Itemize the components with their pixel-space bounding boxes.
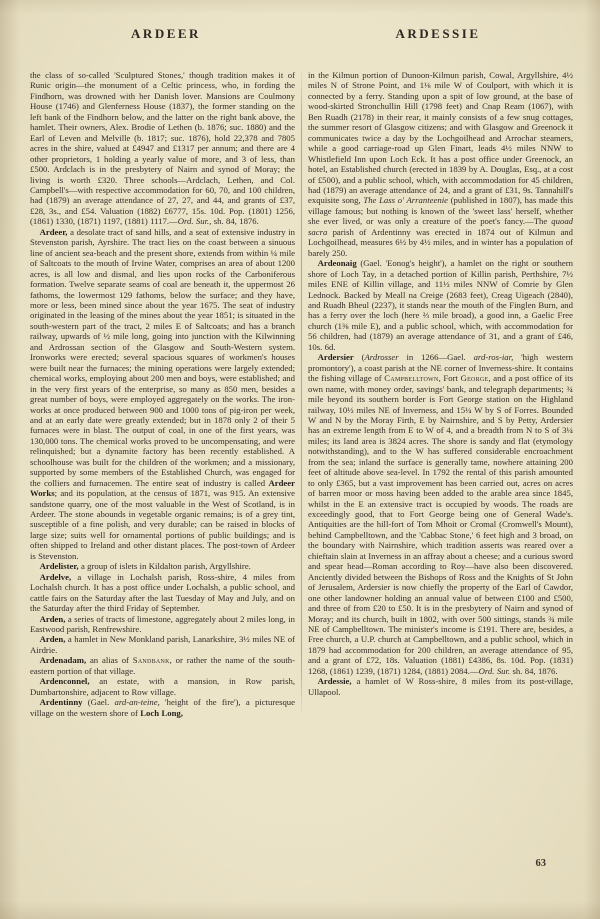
left-column: the class of so-called 'Sculptured Stone… [30,70,295,718]
entry-paragraph: Ardelister, a group of islets in Kildalt… [30,561,295,571]
scanned-book-page: ARDEER ARDESSIE the class of so-called '… [0,0,600,919]
right-column-header: ARDESSIE [302,26,574,48]
right-column: in the Kilmun portion of Dunoon-Kilmun p… [308,70,573,718]
entry-paragraph: Ardenadam, an alias of Sandbank, or rath… [30,655,295,676]
text-columns: the class of so-called 'Sculptured Stone… [30,70,574,718]
entry-paragraph: Ardeer, a desolate tract of sand hills, … [30,227,295,562]
entry-paragraph: Arden, a hamlet in New Monkland parish, … [30,634,295,655]
entry-paragraph: Arden, a series of tracts of limestone, … [30,614,295,635]
entry-paragraph: Ardentinny (Gael. ard-an-teine, 'height … [30,697,295,718]
entry-paragraph: Ardessie, a hamlet of W Ross-shire, 8 mi… [308,676,573,697]
entry-paragraph: in the Kilmun portion of Dunoon-Kilmun p… [308,70,573,258]
page-number: 63 [536,858,547,869]
entry-paragraph: Ardelve, a village in Lochalsh parish, R… [30,572,295,614]
left-column-header: ARDEER [30,26,302,48]
entry-paragraph: the class of so-called 'Sculptured Stone… [30,70,295,227]
entry-paragraph: Ardeonaig (Gael. 'Eonog's height'), a ha… [308,258,573,352]
column-divider-rule [301,72,302,712]
entry-paragraph: Ardenconnel, an estate, with a mansion, … [30,676,295,697]
running-headers: ARDEER ARDESSIE [0,0,600,48]
entry-paragraph: Ardersier (Ardrosser in 1266—Gael. ard-r… [308,352,573,676]
